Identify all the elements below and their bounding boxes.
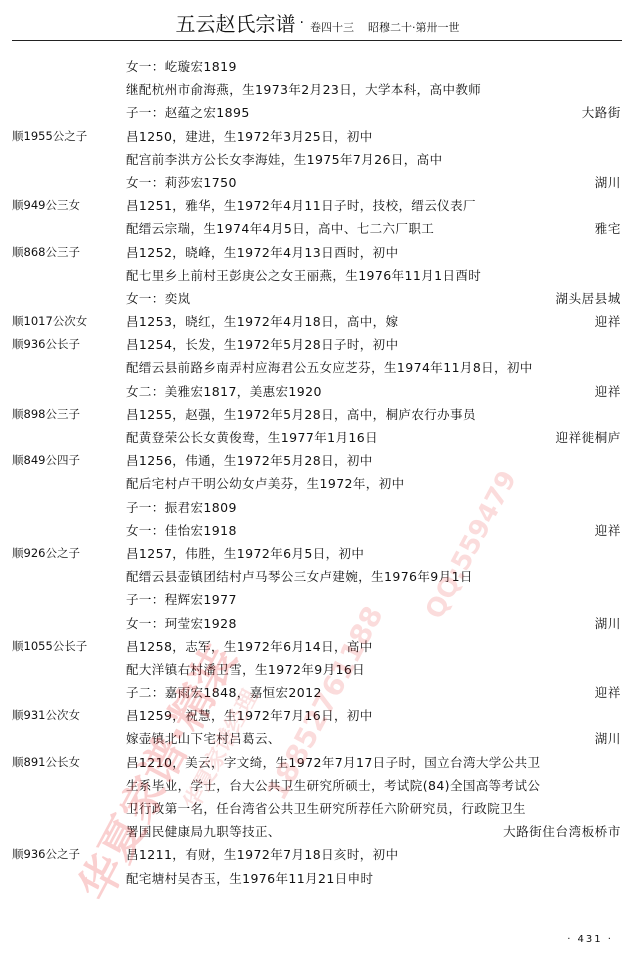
entry-text: 昌1256，伟通，生1972年5月28日，初中	[126, 449, 373, 472]
entry-row: 顺936公长子昌1254，长发，生1972年5月28日子时，初中	[0, 333, 635, 356]
residence-label: 迎祥徙桐庐	[555, 426, 621, 449]
entry-text: 子一：程辉宏1977	[126, 588, 237, 611]
entry-row: 署国民健康局九职等技正、大路街住台湾板桥市	[0, 820, 635, 843]
page-header: 五云赵氏宗谱·卷四十三昭穆二十·第卅一世	[0, 8, 635, 40]
entry-row: 女一：珂莹宏1928湖川	[0, 612, 635, 635]
entry-text: 署国民健康局九职等技正、	[126, 820, 281, 843]
residence-label: 迎祥	[595, 519, 621, 542]
entry-row: 子一：赵蕴之宏1895大路街	[0, 101, 635, 124]
entry-text: 昌1250，建进，生1972年3月25日，初中	[126, 125, 373, 148]
entry-text: 配七里乡上前村王彭庚公之女王丽燕，生1976年11月1日酉时	[126, 264, 481, 287]
lineage-label: 顺868公三子	[12, 241, 80, 264]
entry-row: 顺868公三子昌1252，晓峰，生1972年4月13日酉时，初中	[0, 241, 635, 264]
entry-row: 配黄登荣公长女黄俊鸯，生1977年1月16日迎祥徙桐庐	[0, 426, 635, 449]
entry-text: 昌1258，志军，生1972年6月14日，高中	[126, 635, 373, 658]
book-title: 五云赵氏宗谱	[176, 12, 296, 36]
title-separator: ·	[300, 15, 304, 31]
entry-text: 昌1210，美云，字文绮，生1972年7月17日子时，国立台湾大学公共卫	[126, 751, 540, 774]
entry-row: 顺891公长女昌1210，美云，字文绮，生1972年7月17日子时，国立台湾大学…	[0, 751, 635, 774]
residence-label: 迎祥	[595, 380, 621, 403]
entry-text: 昌1259，祝慧，生1972年7月16日，初中	[126, 704, 373, 727]
entry-text: 卫行政第一名，任台湾省公共卫生研究所荐任六阶研究员，行政院卫生	[126, 797, 526, 820]
entry-row: 卫行政第一名，任台湾省公共卫生研究所荐任六阶研究员，行政院卫生	[0, 797, 635, 820]
residence-label: 雅宅	[595, 217, 621, 240]
entry-row: 顺1017公次女昌1253，晓红，生1972年4月18日，高中，嫁迎祥	[0, 310, 635, 333]
entry-text: 昌1255，赵强，生1972年5月28日，高中，桐庐农行办事员	[126, 403, 476, 426]
entry-text: 女二：美雅宏1817，美惠宏1920	[126, 380, 322, 403]
entry-row: 继配杭州市俞海燕，生1973年2月23日，大学本科，高中教师	[0, 78, 635, 101]
page-number: · 431 ·	[567, 934, 613, 945]
lineage-label: 顺891公长女	[12, 751, 80, 774]
entry-row: 配宅塘村吴杏玉，生1976年11月21日申时	[0, 867, 635, 890]
entry-row: 女一：屹璇宏1819	[0, 55, 635, 78]
entry-text: 昌1252，晓峰，生1972年4月13日酉时，初中	[126, 241, 398, 264]
entry-row: 顺1955公之子昌1250，建进，生1972年3月25日，初中	[0, 125, 635, 148]
entry-row: 女二：美雅宏1817，美惠宏1920迎祥	[0, 380, 635, 403]
entry-row: 顺898公三子昌1255，赵强，生1972年5月28日，高中，桐庐农行办事员	[0, 403, 635, 426]
entry-text: 配缙云宗瑞，生1974年4月5日，高中、七二六厂职工	[126, 217, 434, 240]
entry-row: 顺936公之子昌1211，有财，生1972年7月18日亥时，初中	[0, 843, 635, 866]
lineage-label: 顺1055公长子	[12, 635, 87, 658]
entry-row: 配缙云县前路乡南弄村应海君公五女应芝芬，生1974年11月8日，初中	[0, 356, 635, 379]
entry-text: 继配杭州市俞海燕，生1973年2月23日，大学本科，高中教师	[126, 78, 481, 101]
residence-label: 湖川	[595, 727, 621, 750]
entry-row: 嫁壶镇北山下宅村吕葛云、湖川	[0, 727, 635, 750]
lineage-label: 顺926公之子	[12, 542, 80, 565]
residence-label: 迎祥	[595, 681, 621, 704]
lineage-label: 顺898公三子	[12, 403, 80, 426]
branch-label: 昭穆二十	[368, 21, 412, 34]
residence-label: 湖川	[595, 171, 621, 194]
residence-label: 湖川	[595, 612, 621, 635]
entry-text: 配后宅村卢干明公幼女卢美芬，生1972年，初中	[126, 472, 405, 495]
entry-text: 女一：佳怡宏1918	[126, 519, 237, 542]
entry-row: 配宫前李洪方公长女李海娃，生1975年7月26日，高中	[0, 148, 635, 171]
entry-text: 女一：莉莎宏1750	[126, 171, 237, 194]
lineage-label: 顺931公次女	[12, 704, 80, 727]
entry-text: 嫁壶镇北山下宅村吕葛云、	[126, 727, 281, 750]
entry-row: 子一：程辉宏1977	[0, 588, 635, 611]
entry-text: 昌1211，有财，生1972年7月18日亥时，初中	[126, 843, 398, 866]
entry-row: 配后宅村卢干明公幼女卢美芬，生1972年，初中	[0, 472, 635, 495]
entry-text: 子一：振君宏1809	[126, 496, 237, 519]
volume-label: 卷四十三	[310, 21, 354, 34]
entry-row: 顺931公次女昌1259，祝慧，生1972年7月16日，初中	[0, 704, 635, 727]
lineage-label: 顺1017公次女	[12, 310, 87, 333]
entry-row: 顺949公三女昌1251，雅华，生1972年4月11日子时，技校，缙云仪表厂	[0, 194, 635, 217]
entry-text: 生系毕业，学士，台大公共卫生研究所硕士，考试院(84)全国高等考试公	[126, 774, 540, 797]
entry-row: 子一：振君宏1809	[0, 496, 635, 519]
entry-text: 配宅塘村吴杏玉，生1976年11月21日申时	[126, 867, 373, 890]
entry-row: 女一：莉莎宏1750湖川	[0, 171, 635, 194]
entry-row: 配大洋镇右村潘卫雪，生1972年9月16日	[0, 658, 635, 681]
entry-text: 配宫前李洪方公长女李海娃，生1975年7月26日，高中	[126, 148, 442, 171]
entry-row: 配七里乡上前村王彭庚公之女王丽燕，生1976年11月1日酉时	[0, 264, 635, 287]
lineage-label: 顺1955公之子	[12, 125, 87, 148]
lineage-label: 顺949公三女	[12, 194, 80, 217]
entry-row: 配缙云宗瑞，生1974年4月5日，高中、七二六厂职工雅宅	[0, 217, 635, 240]
entry-text: 女一：屹璇宏1819	[126, 55, 237, 78]
entry-text: 昌1253，晓红，生1972年4月18日，高中，嫁	[126, 310, 398, 333]
section-info: 卷四十三昭穆二十·第卅一世	[310, 21, 460, 34]
entry-row: 女一：佳怡宏1918迎祥	[0, 519, 635, 542]
entry-text: 子二：嘉雨宏1848，嘉恒宏2012	[126, 681, 322, 704]
entry-text: 子一：赵蕴之宏1895	[126, 101, 250, 124]
header-divider	[12, 40, 622, 41]
entry-text: 女一：珂莹宏1928	[126, 612, 237, 635]
entry-text: 配缙云县前路乡南弄村应海君公五女应芝芬，生1974年11月8日，初中	[126, 356, 533, 379]
residence-label: 大路街住台湾板桥市	[503, 820, 621, 843]
entry-row: 顺849公四子昌1256，伟通，生1972年5月28日，初中	[0, 449, 635, 472]
entry-text: 昌1254，长发，生1972年5月28日子时，初中	[126, 333, 398, 356]
entry-text: 配缙云县壶镇团结村卢马琴公三女卢建婉，生1976年9月1日	[126, 565, 473, 588]
entry-row: 顺1055公长子昌1258，志军，生1972年6月14日，高中	[0, 635, 635, 658]
entry-row: 生系毕业，学士，台大公共卫生研究所硕士，考试院(84)全国高等考试公	[0, 774, 635, 797]
entry-text: 配大洋镇右村潘卫雪，生1972年9月16日	[126, 658, 365, 681]
residence-label: 湖头居县城	[555, 287, 621, 310]
entry-row: 顺926公之子昌1257，伟胜，生1972年6月5日，初中	[0, 542, 635, 565]
lineage-label: 顺849公四子	[12, 449, 80, 472]
entry-row: 子二：嘉雨宏1848，嘉恒宏2012迎祥	[0, 681, 635, 704]
entry-text: 配黄登荣公长女黄俊鸯，生1977年1月16日	[126, 426, 378, 449]
entry-row: 女一：奕岚湖头居县城	[0, 287, 635, 310]
generation-label: ·第卅一世	[412, 21, 460, 34]
residence-label: 大路街	[582, 101, 621, 124]
entry-row: 配缙云县壶镇团结村卢马琴公三女卢建婉，生1976年9月1日	[0, 565, 635, 588]
residence-label: 迎祥	[595, 310, 621, 333]
entry-text: 女一：奕岚	[126, 287, 191, 310]
entry-text: 昌1251，雅华，生1972年4月11日子时，技校，缙云仪表厂	[126, 194, 476, 217]
genealogy-entries: 女一：屹璇宏1819继配杭州市俞海燕，生1973年2月23日，大学本科，高中教师…	[0, 55, 635, 890]
lineage-label: 顺936公长子	[12, 333, 80, 356]
lineage-label: 顺936公之子	[12, 843, 80, 866]
entry-text: 昌1257，伟胜，生1972年6月5日，初中	[126, 542, 364, 565]
